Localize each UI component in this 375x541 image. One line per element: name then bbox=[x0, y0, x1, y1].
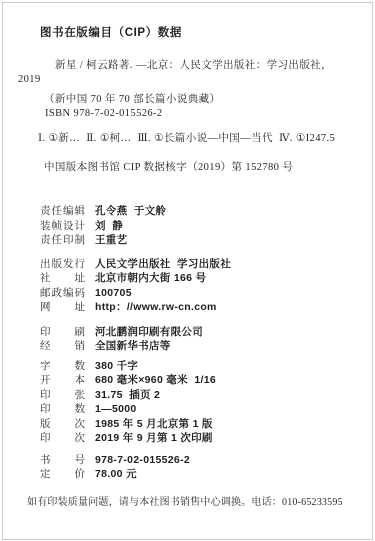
cip-block-title: 图书在版编目（CIP）数据 bbox=[40, 24, 182, 40]
field-value: 2019 年 9 月第 1 次印刷 bbox=[95, 431, 213, 446]
cip-isbn-line: ISBN 978-7-02-015526-2 bbox=[45, 108, 163, 119]
field-value: 1—5000 bbox=[95, 402, 137, 417]
quality-exchange-note: 如有印装质量问题，请与本社图书销售中心调换。电话：010-65233595 bbox=[27, 493, 343, 508]
field-value: 100705 bbox=[95, 286, 132, 301]
field-label: 开 本 bbox=[40, 374, 85, 389]
row-responsible-editor: 责任编辑 孔令燕 于文舲 bbox=[40, 204, 350, 219]
row-impression: 印 次 2019 年 9 月第 1 次印刷 bbox=[40, 431, 350, 446]
row-postcode: 邮政编码 100705 bbox=[40, 286, 350, 301]
field-value: 78.00 元 bbox=[95, 467, 137, 482]
field-value: 人民文学出版社 学习出版社 bbox=[95, 257, 231, 272]
field-value: 978-7-02-015526-2 bbox=[95, 453, 190, 468]
field-label: 责任编辑 bbox=[40, 205, 85, 220]
field-label: 邮政编码 bbox=[40, 287, 85, 302]
cip-record-line-1: 新星 / 柯云路著. —北京：人民文学出版社：学习出版社， bbox=[55, 57, 332, 72]
row-website: 网 址 http：//www.rw-cn.com bbox=[40, 300, 350, 315]
row-printer: 印 刷 河北鹏润印刷有限公司 bbox=[40, 325, 350, 340]
field-label: 经 销 bbox=[40, 340, 85, 355]
cip-series-line: （新中国 70 年 70 部长篇小说典藏） bbox=[44, 91, 220, 106]
field-label: 版 次 bbox=[40, 418, 85, 433]
row-distributor: 经 销 全国新华书店等 bbox=[40, 339, 350, 354]
field-label: 书 号 bbox=[40, 454, 85, 469]
field-label: 印 张 bbox=[40, 389, 85, 404]
field-value: 北京市朝内大街 166 号 bbox=[95, 271, 206, 286]
row-printed-sheets: 印 张 31.75 插页 2 bbox=[40, 388, 350, 403]
publication-info-list: 责任编辑 孔令燕 于文舲 装帧设计 刘 静 责任印制 王重艺 出版发行 人民文学… bbox=[40, 204, 350, 482]
row-format: 开 本 680 毫米×960 毫米 1/16 bbox=[40, 373, 350, 388]
field-label: 字 数 bbox=[40, 360, 85, 375]
field-label: 印 刷 bbox=[40, 326, 85, 341]
field-value: 刘 静 bbox=[95, 219, 123, 234]
cip-number-line: 中国版本图书馆 CIP 数据核字（2019）第 152780 号 bbox=[44, 159, 293, 174]
row-book-number: 书 号 978-7-02-015526-2 bbox=[40, 453, 350, 468]
field-value: 680 毫米×960 毫米 1/16 bbox=[95, 373, 216, 388]
cip-classification-line: Ⅰ. ①新… Ⅱ. ①柯… Ⅲ. ①长篇小说—中国—当代 Ⅳ. ①I247.5 bbox=[38, 130, 335, 145]
row-print-supervisor: 责任印制 王重艺 bbox=[40, 233, 350, 248]
field-value: 全国新华书店等 bbox=[95, 339, 171, 354]
field-label: 社 址 bbox=[40, 272, 85, 287]
row-price: 定 价 78.00 元 bbox=[40, 467, 350, 482]
field-value: 王重艺 bbox=[95, 233, 127, 248]
row-publisher: 出版发行 人民文学出版社 学习出版社 bbox=[40, 257, 350, 272]
field-value: 1985 年 5 月北京第 1 版 bbox=[95, 417, 213, 432]
field-label: 网 址 bbox=[40, 301, 85, 316]
row-address: 社 址 北京市朝内大街 166 号 bbox=[40, 271, 350, 286]
field-value: 380 千字 bbox=[95, 359, 138, 374]
field-label: 装帧设计 bbox=[40, 220, 85, 235]
field-value: http：//www.rw-cn.com bbox=[95, 300, 217, 315]
row-edition: 版 次 1985 年 5 月北京第 1 版 bbox=[40, 417, 350, 432]
row-print-run: 印 数 1—5000 bbox=[40, 402, 350, 417]
row-binding-design: 装帧设计 刘 静 bbox=[40, 219, 350, 234]
field-label: 印 数 bbox=[40, 403, 85, 418]
cip-record-line-2-year: 2019 bbox=[18, 74, 41, 85]
field-value: 孔令燕 于文舲 bbox=[95, 204, 166, 219]
row-word-count: 字 数 380 千字 bbox=[40, 359, 350, 374]
field-value: 河北鹏润印刷有限公司 bbox=[95, 325, 203, 340]
field-label: 定 价 bbox=[40, 468, 85, 483]
field-label: 出版发行 bbox=[40, 258, 85, 273]
field-label: 印 次 bbox=[40, 432, 85, 447]
field-value: 31.75 插页 2 bbox=[95, 388, 160, 403]
copyright-page: { "colors": { "paper": "#ffffff", "ink":… bbox=[0, 0, 375, 541]
field-label: 责任印制 bbox=[40, 234, 85, 249]
